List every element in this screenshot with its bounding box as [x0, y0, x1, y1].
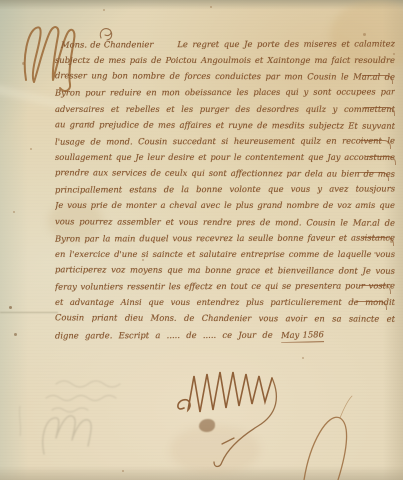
- manuscript-line: prendre aux services de ceulx qui sont a…: [55, 164, 395, 182]
- manuscript-line: au grand prejudice de mes affaires et ru…: [55, 116, 395, 134]
- line-filler-flourish: [363, 237, 394, 246]
- manuscript-line: Byron par la main duquel vous recevrez l…: [55, 229, 395, 246]
- manuscript-line: subjectz de mes pais de Poictou Angoulmo…: [55, 52, 395, 68]
- paper-crease: [0, 312, 58, 313]
- manuscript-line: Byron pour reduire en mon obeissance les…: [55, 84, 395, 101]
- foxing-spot: [14, 333, 17, 336]
- line-filler-flourish: [360, 285, 391, 294]
- manuscript-line: dresser ung bon nombre de forces conduic…: [55, 68, 395, 86]
- letter-text-block: Mons. de Chandenier Le regret que Je por…: [55, 36, 395, 343]
- manuscript-line: l'usage de mond. Cousin succedant si heu…: [55, 132, 395, 149]
- line-filler-flourish: [362, 75, 393, 84]
- manuscript-line: principallement estans de la bonne volon…: [55, 181, 395, 198]
- farewell-text: digne garde. Escript a ..... de ..... ce…: [55, 326, 273, 343]
- manuscript-line: vous pourrez assembler et vous rendre pr…: [55, 213, 395, 231]
- manuscript-line: adversaires et rebelles et les purger de…: [55, 101, 395, 117]
- paraph-flourish: [290, 396, 402, 480]
- line-filler-flourish: [364, 107, 395, 116]
- manuscript-line: Cousin priant dieu Mons. de Chandenier v…: [55, 310, 395, 328]
- manuscript-line: participerez voz moyens que ma bonne gra…: [55, 261, 395, 279]
- line-filler-flourish: [356, 301, 387, 310]
- foxing-spot: [302, 357, 304, 359]
- royal-signature: Henry: [170, 362, 300, 474]
- opening-sentence: Le regret que Je porte des miseres et ca…: [177, 35, 395, 52]
- manuscript-line: en l'exercice d'une si saincte et saluta…: [55, 246, 395, 262]
- foxing-spot: [210, 6, 212, 8]
- ink-blot: [199, 419, 215, 432]
- manuscript-page: M Mons. de Chandenier Le regret que Je p…: [0, 0, 403, 480]
- manuscript-line: Mons. de Chandenier Le regret que Je por…: [55, 35, 395, 52]
- manuscript-line: Je vous prie de monter a cheval avec le …: [55, 197, 395, 213]
- showthrough-writing: [16, 376, 151, 471]
- manuscript-line: feray voluntiers ressentir les effectz e…: [55, 278, 395, 295]
- line-filler-flourish: [360, 140, 391, 149]
- foxing-spot: [30, 148, 32, 150]
- letter-date: May 1586: [281, 326, 324, 343]
- manuscript-line: digne garde. Escript a ..... de ..... ce…: [55, 326, 324, 343]
- salutation: Mons. de Chandenier: [61, 36, 153, 52]
- manuscript-line: et advantage Ainsi que vous entendrez pl…: [55, 294, 395, 310]
- foxing-spot: [103, 9, 105, 11]
- foxing-spot: [13, 211, 15, 213]
- line-filler-flourish: [365, 156, 396, 165]
- line-filler-flourish: [358, 172, 389, 181]
- foxing-spot: [9, 306, 12, 309]
- manuscript-line: soullagement que Je leur desire et pour …: [55, 149, 395, 165]
